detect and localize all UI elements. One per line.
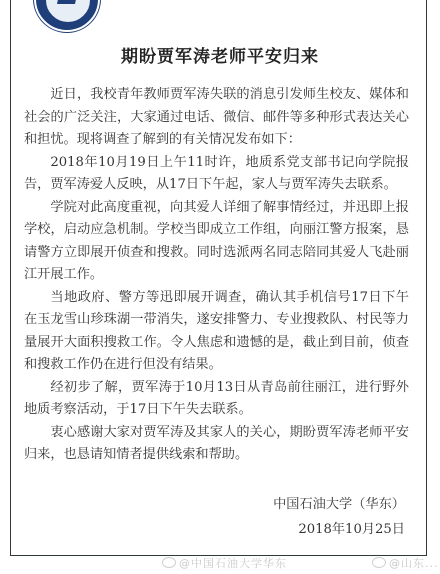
paragraph-report: 2018年10月19日上午11时许，地质系党支部书记向学院报告，贾军涛爱人反映，… bbox=[24, 152, 409, 197]
signature-date: 2018年10月25日 bbox=[273, 517, 405, 542]
paragraph-search: 当地政府、警方等迅即展开调查，确认其手机信号17日下午在玉龙雪山珍珠湖一带消失，… bbox=[24, 287, 409, 377]
document-body: 近日，我校青年教师贾军涛失联的消息引发师生校友、媒体和社会的广泛关注，大家通过电… bbox=[24, 84, 409, 467]
signature-block: 中国石油大学（华东） 2018年10月25日 bbox=[273, 492, 405, 542]
weibo-icon bbox=[162, 557, 176, 568]
paragraph-response: 学院对此高度重视，向其爱人详细了解事情经过，并迅即上报学校，启动应急机制。学校当… bbox=[24, 197, 409, 287]
emblem-ship-icon bbox=[57, 0, 77, 4]
paragraph-background: 经初步了解，贾军涛于10月13日从青岛前往丽江，进行野外地质考察活动，于17日下… bbox=[24, 377, 409, 422]
paragraph-thanks: 衷心感谢大家对贾军涛及其家人的关心，期盼贾军涛老师平安归来，也恳请知情者提供线索… bbox=[24, 422, 409, 467]
document-title: 期盼贾军涛老师平安归来 bbox=[0, 42, 440, 67]
watermark-primary: @中国石油大学华东 bbox=[162, 555, 287, 571]
weibo-icon bbox=[372, 557, 386, 568]
paragraph-intro: 近日，我校青年教师贾军涛失联的消息引发师生校友、媒体和社会的广泛关注，大家通过电… bbox=[24, 84, 409, 152]
signature-organization: 中国石油大学（华东） bbox=[273, 492, 405, 517]
watermark-secondary: @山东... bbox=[372, 555, 439, 571]
